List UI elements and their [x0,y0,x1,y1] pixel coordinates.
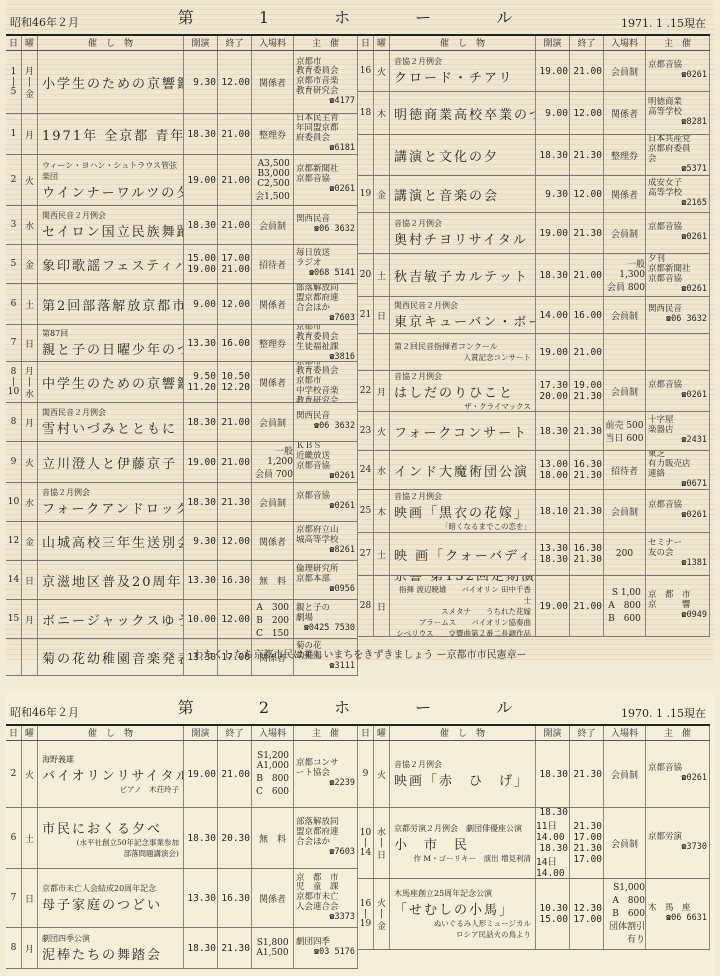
start-time: 18.30 [536,135,570,175]
event-date: 27 [358,533,374,575]
event-date: 22 [358,371,374,411]
event-title: セイロン国立民族舞踊団 [42,221,179,240]
end-value: 21.30 [573,391,602,402]
start-time: 9.00 [536,92,570,134]
table-row: 14日京滋地区普及20周年倫理講演会13.3016.30無 料倫理研究所 京都本… [6,561,358,600]
event-title: ボニージャックスゆうえんち [42,610,179,629]
event-subtitle: 京都市未亡人会結成20周年記念 [42,883,179,894]
start-value: 10.30 [539,903,568,914]
start-value: 10.00 [187,614,216,625]
event-date: 23 [358,412,374,450]
event-subtitle: 音協２月例会 [394,218,531,229]
event-date: 1 [6,114,22,154]
table-header: 日曜催 し 物開演終了入場料主 催 [6,726,358,741]
table-row: 3水関西民音２月例会セイロン国立民族舞踊団18.3021.00会員制関西民音☎0… [6,206,358,245]
table-row: 2火ウィーン・ヨハン・シュトラウス管弦楽団ウインナーワルツの夕19.0021.0… [6,155,358,206]
admission-fee: S1,000 A 800 B 600 団体割引有り [604,879,646,949]
column-header: 日 [358,726,374,740]
event-date [358,135,374,175]
end-value: 12.00 [221,77,250,88]
admission-fee: 会員制 [604,808,646,878]
table-row: 8月劇団四季公演泥棒たちの舞踏会18.3021.30S1,800 A1,500劇… [6,928,358,969]
end-value: 21.00 [221,220,250,231]
event-cell: 木馬座創立25周年記念公演「せむしの小馬」ぬいぐるみ人形ミュージカル ロシア民話… [390,879,536,949]
event-date: 15 [6,600,22,638]
event-weekday: 土 [22,808,38,868]
admission-fee: 関係者 [252,522,294,560]
event-date: 2 [6,741,22,807]
start-time: 18.30 [536,741,570,807]
event-weekday: 火 [374,412,390,450]
event-subtitle: 劇団四季公演 [42,933,179,944]
start-value: 18.30 [187,833,216,844]
table-row: 25木音協２月例会映画「黒衣の花嫁」「暗くなるまでこの恋を」18.1021.30… [358,490,710,533]
event-date: 8 | 10 [6,362,22,402]
organizer-name: 明徳商業 高等学校 [648,98,707,118]
column-header: 入場料 [252,726,294,740]
organizer-name: 部落解放同 盟京都府連 合会ほか [296,284,355,313]
event-cell: ウィーン・ヨハン・シュトラウス管弦楽団ウインナーワルツの夕 [38,155,184,205]
table-row: 22月音協２月例会はしだのりひことザ・クライマックス17.3020.0019.0… [358,371,710,412]
column-header: 催 し 物 [390,36,536,50]
organizer-name: 倫理研究所 京都本部 [296,565,355,585]
event-weekday: 火 [22,155,38,205]
admission-fee: 会員制 [604,490,646,532]
admission-fee: S1,200 A1,000 B 800 C 600 [252,741,294,807]
event-cell: 音協２月例会映画「黒衣の花嫁」「暗くなるまでこの恋を」 [390,490,536,532]
organizer-name: 京都市 教育委員会 京都市 中学校音楽 教育研究会 [296,362,355,402]
start-value: 18.30 [539,843,568,854]
start-value: 18.30 [187,129,216,140]
end-value: 21.30 [573,228,602,239]
event-date: 14 [6,561,22,599]
column-header: 曜 [22,726,38,740]
admission-fee: 無 料 [252,808,294,868]
admission-fee: 会員制 [252,206,294,244]
start-time: 10.00 [184,600,218,638]
event-title: 立川澄人と伊藤京子 [42,453,179,472]
event-weekday: 日 [22,325,38,361]
table-row: 10水音協２月例会フォークアンドロックカーニバル18.3021.30会員制京都音… [6,483,358,522]
event-title: 「せむしの小馬」 [394,899,531,918]
end-value: 12.00 [221,614,250,625]
table-row: 9火立川澄人と伊藤京子19.0021.00一般 1,200 会員 700ＫＢＳ … [6,442,358,483]
table-row: 16 | 19火 | 金木馬座創立25周年記念公演「せむしの小馬」ぬいぐるみ人形… [358,879,710,950]
event-subtitle: 音協２月例会 [394,759,531,770]
admission-fee: A 300 B 200 C 150 [252,600,294,638]
organizer: 毎日放送 ラジオ☎068 5141 [294,245,358,283]
organizer: 京都新聞社 京都音協☎0261 [294,155,358,205]
organizer-name: 京都コンサ ート協会 [296,759,355,779]
table-row: 15月ボニージャックスゆうえんち10.0012.00A 300 B 200 C … [6,600,358,639]
organizer-phone: ☎0671 [648,480,707,489]
start-value: 18.30 [539,426,568,437]
end-value: 21.30 [573,843,602,854]
end-time: 21.00 [570,334,604,370]
start-time: 9.5011.20 [184,362,218,402]
organizer: 関西民音☎06 3632 [294,403,358,441]
event-cell: 第２回民音指揮者コンクール入賞記念コンサート [390,334,536,370]
event-title: フォークアンドロックカーニバル [42,498,179,517]
end-time: 10.5012.20 [218,362,252,402]
end-time: 16.30 [218,561,252,599]
event-weekday: 月 [22,928,38,968]
organizer-phone: ☎0261 [648,511,707,521]
organizer: 劇団四季☎03 5176 [294,928,358,968]
event-date: 7 [6,325,22,361]
end-value: 12.00 [221,299,250,310]
column-header: 催 し 物 [390,726,536,740]
organizer: 京都府立山 城高等学校☎8261 [294,522,358,560]
column-header: 日 [6,726,22,740]
event-weekday: 日 [374,576,390,636]
start-time: 18.30 [184,403,218,441]
column-header: 開演 [184,36,218,50]
start-value: 19.00 [187,264,216,275]
event-title: 明徳商業高校卒業のつどい [394,104,531,123]
start-time: 19.00 [184,741,218,807]
table-row: 12金山城高校三年生送別会9.3012.00関係者京都府立山 城高等学校☎826… [6,522,358,561]
event-note: 入賞記念コンサート [394,352,531,363]
event-date: 9 [6,442,22,482]
event-title: 母子家庭のつどい [42,894,179,913]
column-header: 終了 [218,726,252,740]
event-title: バイオリンリサイタル [42,765,179,784]
table-row: 24水インド大魔術団公演13.0018.0016.3021.30招待者東芝 有力… [358,451,710,490]
event-subtitle: 関西民音２月例会 [42,210,179,221]
organizer-phone: ☎4177 [296,97,355,107]
organizer: 京都音協☎0261 [646,490,710,532]
table-row: 23火フォークコンサート18.3021.30前売 500 当日 600十字屋 楽… [358,412,710,451]
end-time: 21.30 [570,741,604,807]
event-date: 21 [358,297,374,333]
organizer: 部落解放同 盟京都府連 合会ほか☎7603 [294,284,358,324]
event-date [358,334,374,370]
end-value: 12.00 [221,536,250,547]
admission-fee [604,334,646,370]
event-date: 2 [6,155,22,205]
table-row: 10 | 14水 | 日京都労演２月例会 劇団俳優座公演小 市 民作 M・ゴーリ… [358,808,710,879]
end-value: 17.00 [573,832,602,843]
end-time: 19.0021.30 [570,371,604,411]
event-date: 6 [6,808,22,868]
end-value: 10.50 [221,371,250,382]
start-time: 13.0018.00 [536,451,570,489]
column-header: 曜 [374,726,390,740]
start-time: 13.30 [184,325,218,361]
admission-fee: 関係者 [252,51,294,113]
event-date: 8 [6,403,22,441]
table-row: 16火音協２月例会クロード・チアリ19.0021.00会員制京都音協☎0261 [358,51,710,92]
organizer: 関西民音☎06 3632 [646,297,710,333]
end-time: 21.3017.0021.3017.00 [570,808,604,878]
event-cell: 中学生のための京響鑑賞教室 [38,362,184,402]
event-cell: 音協２月例会映画「赤 ひ げ」 [390,741,536,807]
end-value: 16.00 [221,338,250,349]
event-cell: 京都市未亡人会結成20周年記念母子家庭のつどい [38,869,184,927]
hall2-right-table: 日曜催 し 物開演終了入場料主 催9火音協２月例会映画「赤 ひ げ」18.302… [358,726,710,969]
organizer-name: ＫＢＳ 近畿放送 京都音協 [296,442,355,471]
organizer: 夕刊 京都新聞社 京都音協☎0261 [646,254,710,296]
table-row: 1月1971年 全京都 青年旗びらき18.3021.00整理券日本民主青 年同盟… [6,114,358,155]
event-weekday: 月 [22,600,38,638]
organizer-phone: ☎06 3632 [648,315,707,325]
end-value: 21.30 [221,943,250,954]
start-time: 13.30 [184,869,218,927]
admission-fee: 招待者 [252,245,294,283]
start-value: 18.30 [539,808,568,818]
organizer-phone: ☎3730 [648,843,707,853]
event-weekday: 火 [22,741,38,807]
column-header: 曜 [22,36,38,50]
table-row: 6土第2回部落解放京都市研究集会9.0012.00関係者部落解放同 盟京都府連 … [6,284,358,325]
end-value: 16.30 [573,543,602,554]
end-time: 21.30 [570,490,604,532]
event-weekday: 火 [22,442,38,482]
organizer-name: 京都市 教育委員会 生徒福祉課 [296,325,355,353]
start-value: 18.30 [539,150,568,161]
organizer-phone: ☎0261 [648,233,707,243]
admission-fee: 会員制 [252,483,294,521]
event-title: 講演と文化の夕 [394,146,531,165]
event-weekday: 月 [22,114,38,154]
start-value: 18.00 [539,470,568,481]
end-value: 21.00 [573,66,602,77]
start-value: 13.30 [187,338,216,349]
organizer: 京都市 教育委員会 生徒福祉課☎3816 [294,325,358,361]
end-time: 12.3017.00 [570,879,604,949]
end-time: 21.30 [218,928,252,968]
end-value: 16.30 [221,575,250,586]
hall1-right-table: 日曜催 し 物開演終了入場料主 催16火音協２月例会クロード・チアリ19.002… [358,36,710,676]
end-value: 21.30 [573,769,602,780]
start-value: 13.30 [187,893,216,904]
table-row: 19金講演と音楽の会9.3012.00関係者成安女子 高等学校☎2165 [358,176,710,213]
organizer: 日本民主青 年同盟京都 府委員会☎6181 [294,114,358,154]
event-cell: 第2回部落解放京都市研究集会 [38,284,184,324]
organizer-phone: ☎06 3632 [296,422,355,432]
column-header: 開演 [536,36,570,50]
end-value: 12.00 [573,189,602,200]
hall1-header: 昭和46年２月 第 1 ホ ー ル 1971. 1 .15現在 [6,0,714,34]
event-title: 泥棒たちの舞踏会 [42,944,179,963]
event-subtitle: 第87回 [42,328,179,339]
organizer-phone: ☎2431 [648,436,707,446]
organizer-phone: ☎0956 [296,585,355,595]
citizen-charter-motto: わたくしたち京都市民は美しいまちをきずきましょう ー京都市市民憲章ー [6,646,714,661]
table-row: 7日第87回親と子の日曜少年のつどい13.3016.00整理券京都市 教育委員会… [6,325,358,362]
organizer-phone: ☎8281 [648,118,707,128]
event-cell: 劇団四季公演泥棒たちの舞踏会 [38,928,184,968]
organizer-phone: ☎0949 [648,611,707,621]
event-cell: 山城高校三年生送別会 [38,522,184,560]
organizer-phone: ☎0261 [648,774,707,784]
organizer: 京都コンサ ート協会☎2239 [294,741,358,807]
admission-fee: 関係者 [252,869,294,927]
end-time: 21.00 [218,206,252,244]
organizer-phone: ☎0261 [296,185,355,195]
admission-fee: 会員制 [604,213,646,253]
hall2-as-of: 1970. 1 .15現在 [621,705,706,721]
event-weekday: 金 [22,245,38,283]
organizer-phone: ☎06 6631 [648,914,707,924]
column-header: 開演 [184,726,218,740]
end-time: 21.00 [570,51,604,91]
event-cell: 秋吉敏子カルテット [390,254,536,296]
end-value: 21.00 [221,417,250,428]
organizer: 京 都 市 児 童 課 京都市未亡 人会連合会☎3373 [294,869,358,927]
end-value: 21.30 [221,497,250,508]
start-time: 18.30 [184,808,218,868]
end-value: 21.00 [221,457,250,468]
event-weekday: 土 [374,254,390,296]
event-title: 京滋地区普及20周年倫理講演会 [42,571,179,590]
table-row: 講演と文化の夕18.3021.30整理券日本共産党 京都府委員 会☎5371 [358,135,710,176]
event-date: 18 [358,92,374,134]
end-time: 21.30 [570,213,604,253]
event-title: 1971年 全京都 青年旗びらき [42,125,179,144]
end-time: 21.00 [570,254,604,296]
event-weekday: 木 [374,92,390,134]
event-cell: フォークコンサート [390,412,536,450]
start-value: 19.00 [187,769,216,780]
organizer: 京都音協☎0261 [294,483,358,521]
start-time: 19.00 [184,442,218,482]
end-time: 21.30 [218,483,252,521]
hall1-schedule: 昭和46年２月 第 1 ホ ー ル 1971. 1 .15現在 日曜催 し 物開… [6,0,714,660]
table-row: 第２回民音指揮者コンクール入賞記念コンサート19.0021.00 [358,334,710,371]
event-title: 親と子の日曜少年のつどい [42,339,179,358]
event-title: 映 画「クォーバディズ」 [394,545,531,564]
admission-fee: 整理券 [604,135,646,175]
event-cell: 京都労演２月例会 劇団俳優座公演小 市 民作 M・ゴーリキー 演出 増見利清 [390,808,536,878]
end-value: 12.00 [573,108,602,119]
end-value: 21.30 [573,470,602,481]
organizer: 明徳商業 高等学校☎8281 [646,92,710,134]
organizer: 東芝 有力販売店 連絡☎0671 [646,451,710,489]
end-value: 17.00 [573,854,602,865]
organizer-name: 東芝 有力販売店 連絡 [648,451,707,480]
event-title: インド大魔術団公演 [394,461,531,480]
organizer-name: 夕刊 京都新聞社 京都音協 [648,255,707,284]
event-weekday: 月 [374,371,390,411]
end-value: 17.00 [221,253,250,264]
start-time: 19.00 [536,334,570,370]
hall2-header: 昭和46年２月 第 2 ホ ー ル 1970. 1 .15現在 [6,690,714,724]
end-time: 16.30 [218,869,252,927]
admission-fee: 会員制 [604,297,646,333]
event-note: ぬいぐるみ人形ミュージカル ロシア民話火の鳥より [394,918,531,940]
column-header: 催 し 物 [38,726,184,740]
end-value: 21.00 [221,769,250,780]
start-value: 9.30 [193,536,216,547]
start-time: 19.00 [536,213,570,253]
admission-fee: 招待者 [604,451,646,489]
event-note: 作 M・ゴーリキー 演出 増見利清 [394,853,531,864]
event-cell: ボニージャックスゆうえんち [38,600,184,638]
end-time: 16.00 [570,297,604,333]
end-value: 21.30 [573,554,602,565]
start-value: 19.00 [539,601,568,612]
event-cell: 音協２月例会フォークアンドロックカーニバル [38,483,184,521]
event-cell: インド大魔術団公演 [390,451,536,489]
event-title: 奥村チヨリサイタル [394,229,531,248]
event-date: 9 [358,741,374,807]
column-header: 主 催 [294,36,358,50]
event-cell: 第87回親と子の日曜少年のつどい [38,325,184,361]
column-header: 終了 [570,726,604,740]
column-header: 終了 [570,36,604,50]
end-value: 12.20 [221,382,250,393]
table-row: 8 | 10月 | 水中学生のための京響鑑賞教室9.5011.2010.5012… [6,362,358,403]
table-header: 日曜催 し 物開演終了入場料主 催 [6,36,358,51]
column-header: 主 催 [646,726,710,740]
organizer: 京都音協☎0261 [646,371,710,411]
event-title: 映画「赤 ひ げ」 [394,770,531,789]
organizer-phone: ☎6181 [296,144,355,154]
event-weekday: 水 [374,451,390,489]
start-time: 13.30 [184,561,218,599]
event-date: 25 [358,490,374,532]
event-weekday: 日 [374,297,390,333]
event-weekday [374,334,390,370]
event-subtitle: 海野義雄 [42,754,179,765]
start-value: 19.00 [539,66,568,77]
start-value: 15.00 [187,253,216,264]
start-value: 18.30 [187,943,216,954]
admission-fee: 前売 500 当日 600 [604,412,646,450]
event-note: ピアノ 木荘玲子 [42,784,179,795]
event-date: 7 [6,869,22,927]
end-time: 21.00 [570,576,604,636]
column-header: 開演 [536,726,570,740]
start-time: 9.30 [184,522,218,560]
organizer-phone: ☎1381 [648,559,707,569]
end-time: 12.00 [570,92,604,134]
admission-fee: 会員制 [252,403,294,441]
table-row: 2火海野義雄バイオリンリサイタルピアノ 木荘玲子19.0021.00S1,200… [6,741,358,808]
start-value: 18.30 [539,554,568,565]
start-time: 19.00 [184,155,218,205]
event-weekday: 火 | 金 [374,879,390,949]
organizer-name: 京 都 市 京 響 [648,591,707,611]
admission-fee: S1,800 A1,500 [252,928,294,968]
start-time: 13.3018.30 [536,533,570,575]
event-cell: 小学生のための京響鑑賞教室 [38,51,184,113]
organizer-name: 日本共産党 京都府委員 会 [648,135,707,164]
admission-fee: 会員制 [604,371,646,411]
organizer: 親と子の 劇場☎0425 7530 [294,600,358,638]
event-date: 5 [6,245,22,283]
event-date: 24 [358,451,374,489]
event-cell: 関西民音２月例会セイロン国立民族舞踊団 [38,206,184,244]
end-value: 17.00 [573,914,602,925]
organizer: 日本共産党 京都府委員 会☎5371 [646,135,710,175]
end-time: 21.00 [218,155,252,205]
event-subtitle: 関西民音２月例会 [42,407,179,418]
organizer-phone: ☎06 3632 [296,225,355,235]
event-note: 「暗くなるまでこの恋を」 [394,521,531,532]
organizer: 京都音協☎0261 [646,213,710,253]
organizer-phone: ☎0261 [648,71,707,81]
end-value: 21.00 [573,347,602,358]
organizer-name: 京 都 市 児 童 課 京都市未亡 人会連合会 [296,874,355,913]
start-value: 9.00 [545,108,568,119]
organizer-name: セミナー 友の会 [648,539,707,559]
table-row: 1 | 5月 | 金小学生のための京響鑑賞教室9.3012.00関係者京都市 教… [6,51,358,114]
organizer-name: 部落解放同 盟京都府連 合会ほか [296,818,355,847]
organizer-phone: ☎0261 [296,502,355,512]
